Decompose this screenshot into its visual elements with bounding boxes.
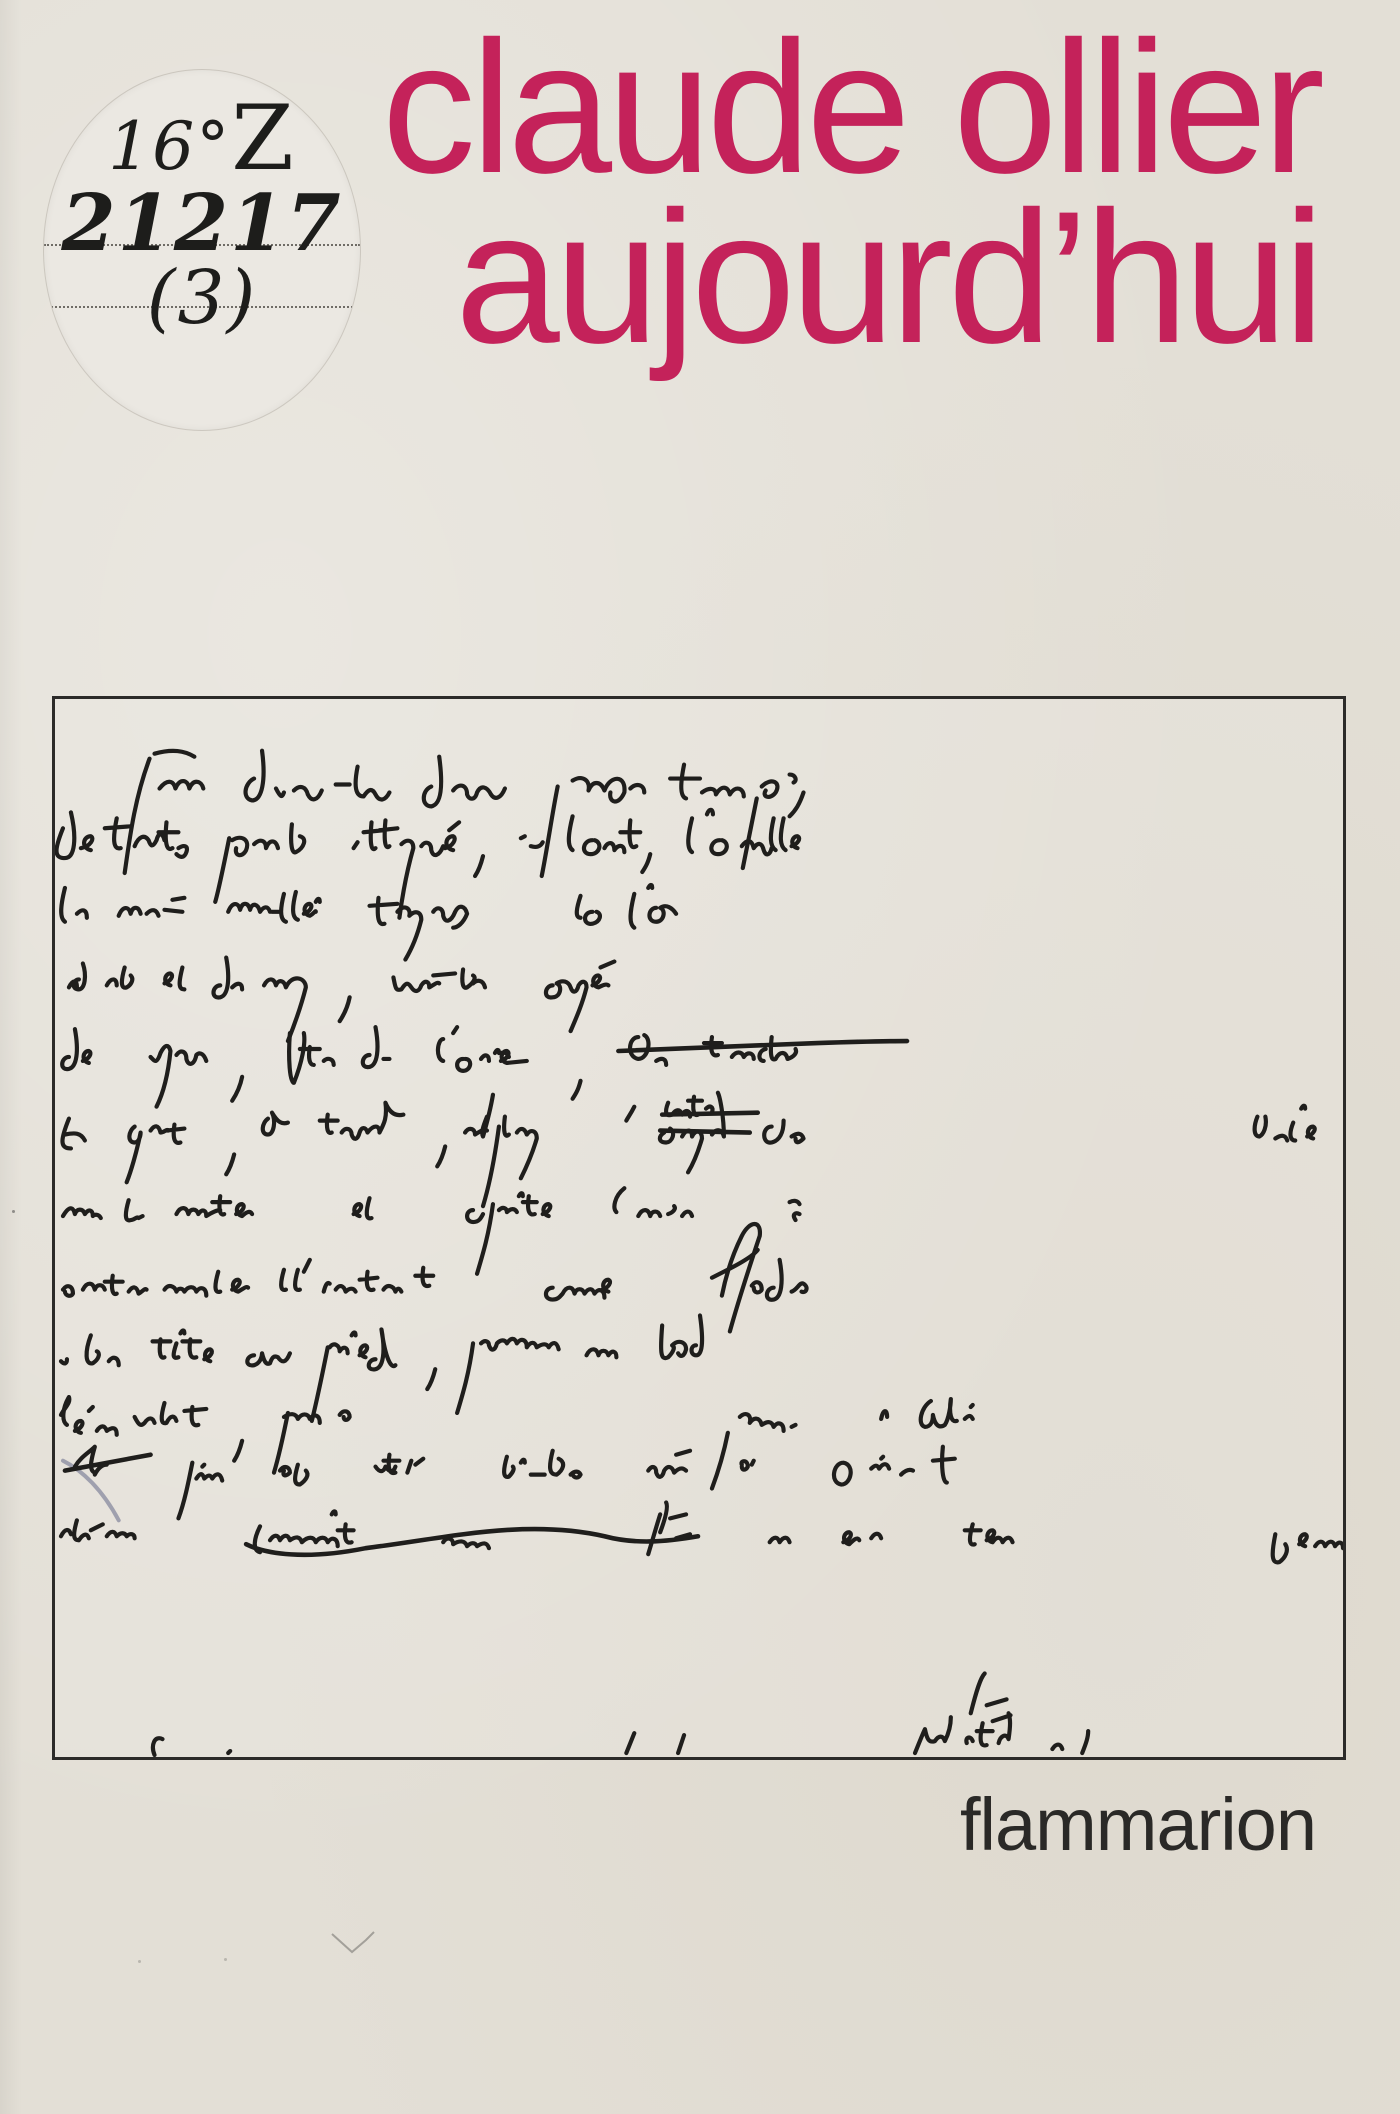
shelfmark-volume: (3) <box>44 256 360 340</box>
handwriting-line <box>63 1188 800 1274</box>
handwriting-line <box>63 1447 955 1521</box>
handwriting-line <box>69 958 614 1042</box>
shelfmark-letter: Z <box>231 86 296 191</box>
handwriting-line <box>153 1673 1088 1755</box>
paper-speck <box>224 1958 227 1961</box>
handwriting-line <box>61 885 676 960</box>
handwriting-line <box>61 1502 1343 1562</box>
handwriting-line <box>63 1224 807 1331</box>
shelfmark-series: 16° <box>108 108 231 185</box>
publisher-name: flammarion <box>960 1780 1316 1870</box>
handwriting-line <box>56 810 799 918</box>
manuscript-facsimile-frame <box>52 696 1346 1760</box>
handwriting-line <box>61 1316 702 1421</box>
handwriting-line <box>62 1093 1314 1206</box>
title-subtitle: aujourd’hui <box>382 192 1320 362</box>
handwriting-line <box>62 1027 907 1107</box>
title-author: claude ollier <box>382 22 1320 192</box>
library-shelfmark-sticker: 16°Z 21217 (3) <box>44 70 360 430</box>
paper-speck <box>12 1210 15 1213</box>
book-title: claude ollier aujourd’hui <box>382 22 1320 362</box>
paper-speck <box>138 1960 141 1963</box>
handwriting-illustration <box>55 699 1343 1757</box>
shelfmark-number: 21217 <box>44 182 360 266</box>
pencil-tick-mark <box>330 1928 390 1958</box>
